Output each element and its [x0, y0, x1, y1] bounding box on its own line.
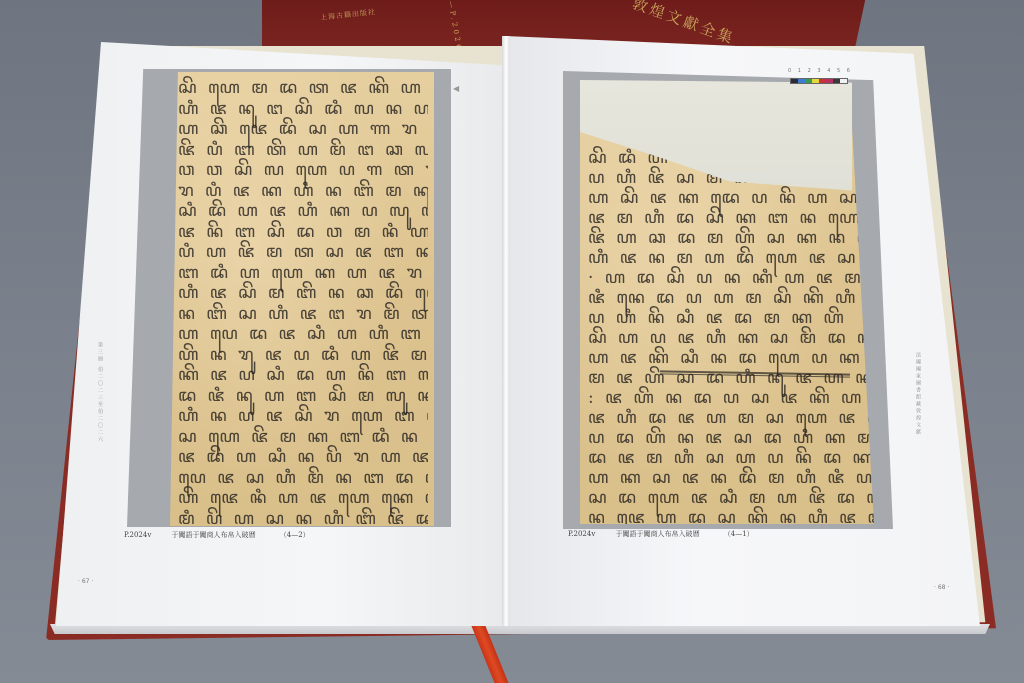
left-manuscript-image: ꦱꦼ ꦲꦺ ꦩ ꦢ ꦠ ꦗ ꦏꦼ ꦲ ꦒ ꦤꦼꦲꦶ ꦗ ꦤꦸ ꦔ ꦱꦼ ꦢꦶ ꦭ…	[170, 72, 434, 526]
color-swatch	[819, 79, 826, 83]
color-swatch	[826, 79, 833, 83]
scale-tick: 2	[808, 68, 811, 74]
caption-part: （4—1）	[724, 530, 754, 538]
scale-tick: 5	[837, 68, 840, 74]
color-swatch	[833, 79, 840, 83]
caption-title: 于闐語于闐商人布帛入破曆	[172, 531, 256, 539]
caption-code: P.2024v	[124, 531, 151, 539]
book-gutter	[502, 36, 510, 626]
manuscript-line: ꦩꦶ ꦥꦼ ꦲ ꦱ ꦤ ꦲꦶ ꦧꦼ ꦗꦼ ꦢ	[178, 505, 428, 527]
scale-tick: 6	[847, 68, 850, 74]
color-calibration-bar	[790, 78, 848, 84]
color-swatch	[791, 79, 798, 83]
color-swatch	[812, 79, 819, 83]
manuscript-line: ꦤ ꦗꦺ ꦲ ꦢ ꦱ ꦏꦼ ꦤ ꦲꦶ ꦗ ꦩ	[588, 504, 874, 524]
color-swatch	[805, 79, 812, 83]
color-swatch	[840, 79, 847, 83]
scale-tick: 0	[788, 68, 791, 74]
left-page-number: · 67 ·	[78, 578, 93, 585]
right-caption: P.2024v 于闐語于闐商人布帛入破曆 （4—1）	[568, 529, 754, 539]
left-running-head: 第三冊 伯二〇二三至伯二〇二六	[97, 342, 104, 444]
scale-tick: 3	[817, 68, 820, 74]
scale-tick: 1	[798, 68, 801, 74]
caption-part: （4—2）	[280, 531, 310, 539]
right-running-head: 法國國家圖書館藏敦煌文獻	[915, 352, 922, 436]
triangle-marker-icon: ◀	[453, 84, 459, 93]
color-scale-ticks: 0123456	[788, 68, 850, 74]
caption-title: 于闐語于闐商人布帛入破曆	[616, 530, 700, 538]
left-caption: P.2024v 于闐語于闐商人布帛入破曆 （4—2）	[124, 530, 310, 540]
caption-code: P.2024v	[568, 530, 595, 538]
right-page-number: · 68 ·	[934, 584, 949, 591]
scale-tick: 4	[827, 68, 830, 74]
bookmark-ribbon	[471, 626, 510, 683]
color-swatch	[798, 79, 805, 83]
